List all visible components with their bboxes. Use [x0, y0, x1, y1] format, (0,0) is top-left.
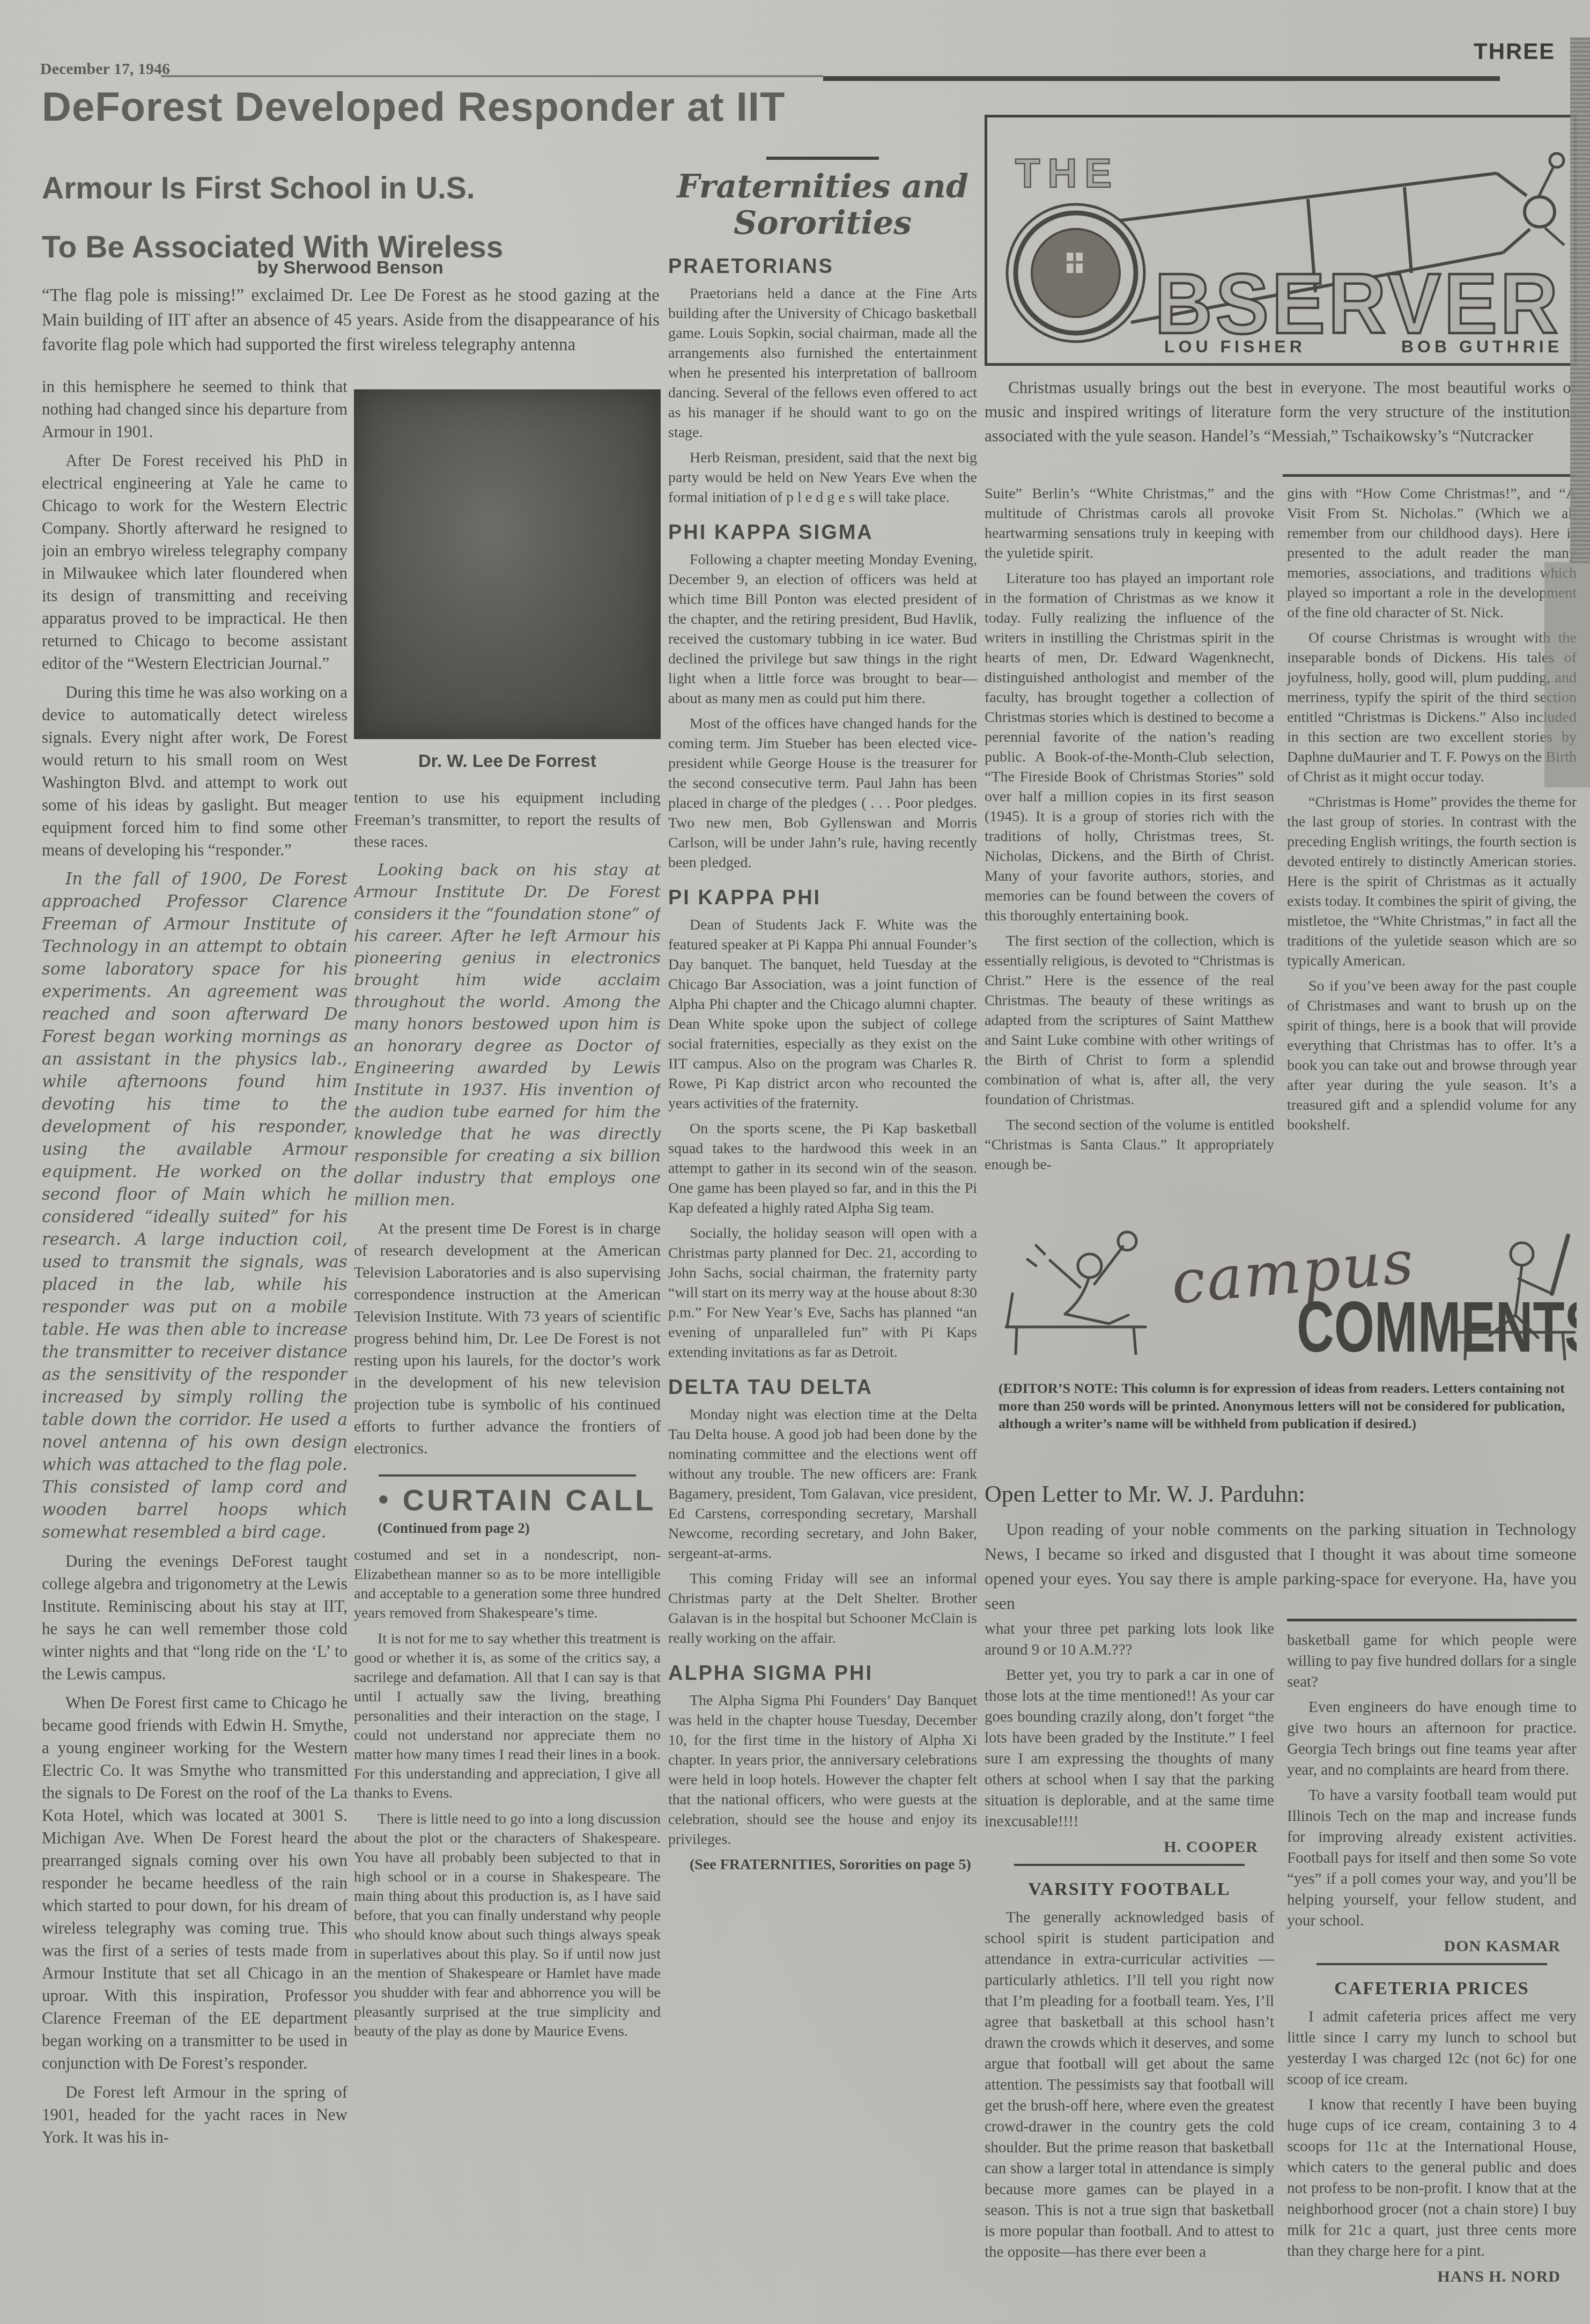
campus-right-column: basketball game for which people were wi… — [1287, 1619, 1577, 2324]
bullet-icon: ● — [378, 1487, 392, 1509]
observer-paragraph: Of course Christmas is wrought with the … — [1287, 628, 1577, 787]
comments-caps-text: COMMENTS — [1297, 1287, 1577, 1367]
letter-divider — [1317, 1963, 1547, 1965]
letter-signature-nord: HANS H. NORD — [1287, 2266, 1577, 2287]
observer-paragraph: “Christmas is Home” provides the theme f… — [1287, 792, 1577, 971]
page-date: December 17, 1946 — [40, 60, 170, 78]
letter-signature-kasmar: DON KASMAR — [1287, 1936, 1577, 1957]
campus-comments-columns: what your three pet parking lots look li… — [985, 1619, 1577, 2324]
fraternity-paragraph: Following a chapter meeting Monday Eveni… — [668, 550, 977, 709]
lead-paragraph: After De Forest received his PhD in elec… — [42, 449, 347, 675]
section-head-phi-kappa-sigma: PHI KAPPA SIGMA — [668, 521, 977, 544]
de-forest-photo — [354, 389, 661, 739]
observer-intro-paragraph: Christmas usually brings out the best in… — [985, 375, 1577, 448]
observer-author-bob-guthrie: BOB GUTHRIE — [1401, 337, 1563, 356]
lead-headline: DeForest Developed Responder at IIT — [42, 84, 846, 130]
observer-paragraph: Suite” Berlin’s “White Christmas,” and t… — [985, 484, 1274, 563]
fraternity-paragraph: On the sports scene, the Pi Kap basketba… — [668, 1119, 977, 1218]
observer-right-column: gins with “How Come Christmas!”, and “A … — [1287, 484, 1577, 1211]
photo-caption: Dr. W. Lee De Forrest — [354, 750, 661, 772]
letter-paragraph: I admit cafeteria prices affect me very … — [1287, 2006, 1577, 2090]
lead-paragraph-italic: In the fall of 1900, De Forest approache… — [42, 868, 347, 1544]
observer-masthead: THE BSERVER LOU FISHER BOB GUTHRIE — [985, 115, 1577, 366]
lead-paragraph: When De Forest first came to Chicago he … — [42, 1692, 347, 2075]
lead-intro-paragraph: “The flag pole is missing!” exclaimed Dr… — [42, 283, 660, 357]
fraternity-paragraph: Socially, the holiday season will open w… — [668, 1223, 977, 1362]
letter-paragraph: Even engineers do have enough time to gi… — [1287, 1697, 1577, 1781]
campus-comments-header: campus COMMENTS — [985, 1213, 1577, 1377]
lead-paragraph: At the present time De Forest is in char… — [354, 1218, 661, 1459]
observer-paragraph: The second section of the volume is enti… — [985, 1115, 1274, 1175]
section-head-delta-tau-delta: DELTA TAU DELTA — [668, 1376, 977, 1399]
observer-the-text: THE — [1015, 151, 1119, 196]
observer-intro-rule — [1283, 474, 1577, 477]
varsity-football-heading: VARSITY FOOTBALL — [985, 1879, 1274, 1900]
lead-paragraph: During the evenings DeForest taught coll… — [42, 1550, 347, 1685]
fraternities-heading-line1: Fraternities and — [668, 168, 977, 205]
observer-paragraph: The first section of the collection, whi… — [985, 931, 1274, 1110]
page-number: THREE — [1474, 39, 1555, 64]
telescope-eyepiece — [1525, 197, 1555, 227]
header-rule — [823, 76, 1500, 81]
continued-from-note: (Continued from page 2) — [354, 1517, 661, 1539]
open-letter-heading: Open Letter to Mr. W. J. Parduhn: — [985, 1480, 1305, 1508]
fraternity-paragraph: Monday night was election time at the De… — [668, 1405, 977, 1563]
section-head-pi-kappa-phi: PI KAPPA PHI — [668, 887, 977, 910]
lead-paragraph: During this time he was also working on … — [42, 681, 347, 861]
section-head-alpha-sigma-phi: ALPHA SIGMA PHI — [668, 1662, 977, 1685]
fraternities-heading-line2: Sororities — [668, 205, 977, 241]
curtain-call-paragraph: There is little need to go into a long d… — [354, 1810, 661, 2041]
fraternity-paragraph: The Alpha Sigma Phi Founders’ Day Banque… — [668, 1691, 977, 1849]
lead-column-2: Dr. W. Lee De Forrest tention to use his… — [354, 750, 661, 2324]
heading-rule — [766, 157, 879, 160]
newspaper-page: December 17, 1946 THREE DeForest Develop… — [0, 0, 1590, 2324]
curtain-call-heading: ●CURTAIN CALL — [354, 1487, 661, 1511]
campus-left-column: what your three pet parking lots look li… — [985, 1619, 1274, 2324]
letter-signature-cooper: H. COOPER — [985, 1836, 1274, 1857]
letter-divider — [1014, 1864, 1245, 1866]
letter-paragraph: The generally acknowledged basis of scho… — [985, 1907, 1274, 2263]
observer-figure-head — [1550, 153, 1564, 167]
curtain-call-paragraph: costumed and set in a nondescript, non-E… — [354, 1546, 661, 1623]
cafeteria-prices-heading: CAFETERIA PRICES — [1287, 1978, 1577, 1999]
campus-comments-art: campus COMMENTS — [985, 1213, 1577, 1377]
letter-paragraph: what your three pet parking lots look li… — [985, 1619, 1274, 1661]
fraternity-paragraph: This coming Friday will see an informal … — [668, 1569, 977, 1648]
continued-on-note: (See FRATERNITIES, Sororities on page 5) — [668, 1855, 977, 1875]
curtain-call-title: CURTAIN CALL — [403, 1483, 656, 1517]
fraternities-heading: Fraternities and Sororities — [668, 168, 977, 241]
letter-paragraph: basketball game for which people were wi… — [1287, 1630, 1577, 1693]
lead-paragraph-italic: Looking back on his stay at Armour Insti… — [354, 859, 661, 1211]
lounging-figure-cartoon — [1006, 1232, 1145, 1354]
fraternity-paragraph: Herb Reisman, president, said that the n… — [668, 448, 977, 507]
observer-paragraph: So if you’ve been away for the past coup… — [1287, 976, 1577, 1135]
curtain-call-paragraph: It is not for me to say whether this tre… — [354, 1629, 661, 1803]
open-letter-intro: Upon reading of your noble comments on t… — [985, 1517, 1577, 1615]
observer-paragraph: Literature too has played an important r… — [985, 569, 1274, 926]
scan-artifact — [1570, 38, 1590, 563]
fraternities-column: Fraternities and Sororities PRAETORIANS … — [668, 157, 977, 2324]
scan-artifact — [1544, 562, 1590, 787]
lead-paragraph: tention to use his equipment including F… — [354, 787, 661, 853]
lead-paragraph: in this hemisphere he seemed to think th… — [42, 375, 347, 443]
letter-paragraph: To have a varsity football team would pu… — [1287, 1785, 1577, 1931]
observer-author-lou-fisher: LOU FISHER — [1164, 337, 1306, 356]
section-head-praetorians: PRAETORIANS — [668, 255, 977, 278]
observer-left-column: Suite” Berlin’s “White Christmas,” and t… — [985, 484, 1274, 1211]
letter-paragraph: I know that recently I have been buying … — [1287, 2094, 1577, 2262]
fraternity-paragraph: Praetorians held a dance at the Fine Art… — [668, 284, 977, 442]
letter-paragraph: Better yet, you try to park a car in one… — [985, 1665, 1274, 1832]
fraternity-paragraph: Dean of Students Jack F. White was the f… — [668, 915, 977, 1113]
lead-byline: by Sherwood Benson — [42, 257, 659, 278]
observer-paragraph: gins with “How Come Christmas!”, and “A … — [1287, 484, 1577, 623]
section-divider — [379, 1474, 636, 1477]
date-rule — [161, 75, 823, 77]
fraternity-paragraph: Most of the offices have changed hands f… — [668, 714, 977, 873]
lead-paragraph: De Forest left Armour in the spring of 1… — [42, 2081, 347, 2149]
observer-columns: Suite” Berlin’s “White Christmas,” and t… — [985, 484, 1577, 1211]
observer-masthead-art: THE BSERVER LOU FISHER BOB GUTHRIE — [987, 117, 1574, 358]
lead-column-1: in this hemisphere he seemed to think th… — [42, 375, 347, 2324]
editors-note: (EDITOR’S NOTE: This column is for expre… — [999, 1379, 1565, 1433]
lead-subhead-line1: Armour Is First School in U.S. — [42, 159, 669, 218]
